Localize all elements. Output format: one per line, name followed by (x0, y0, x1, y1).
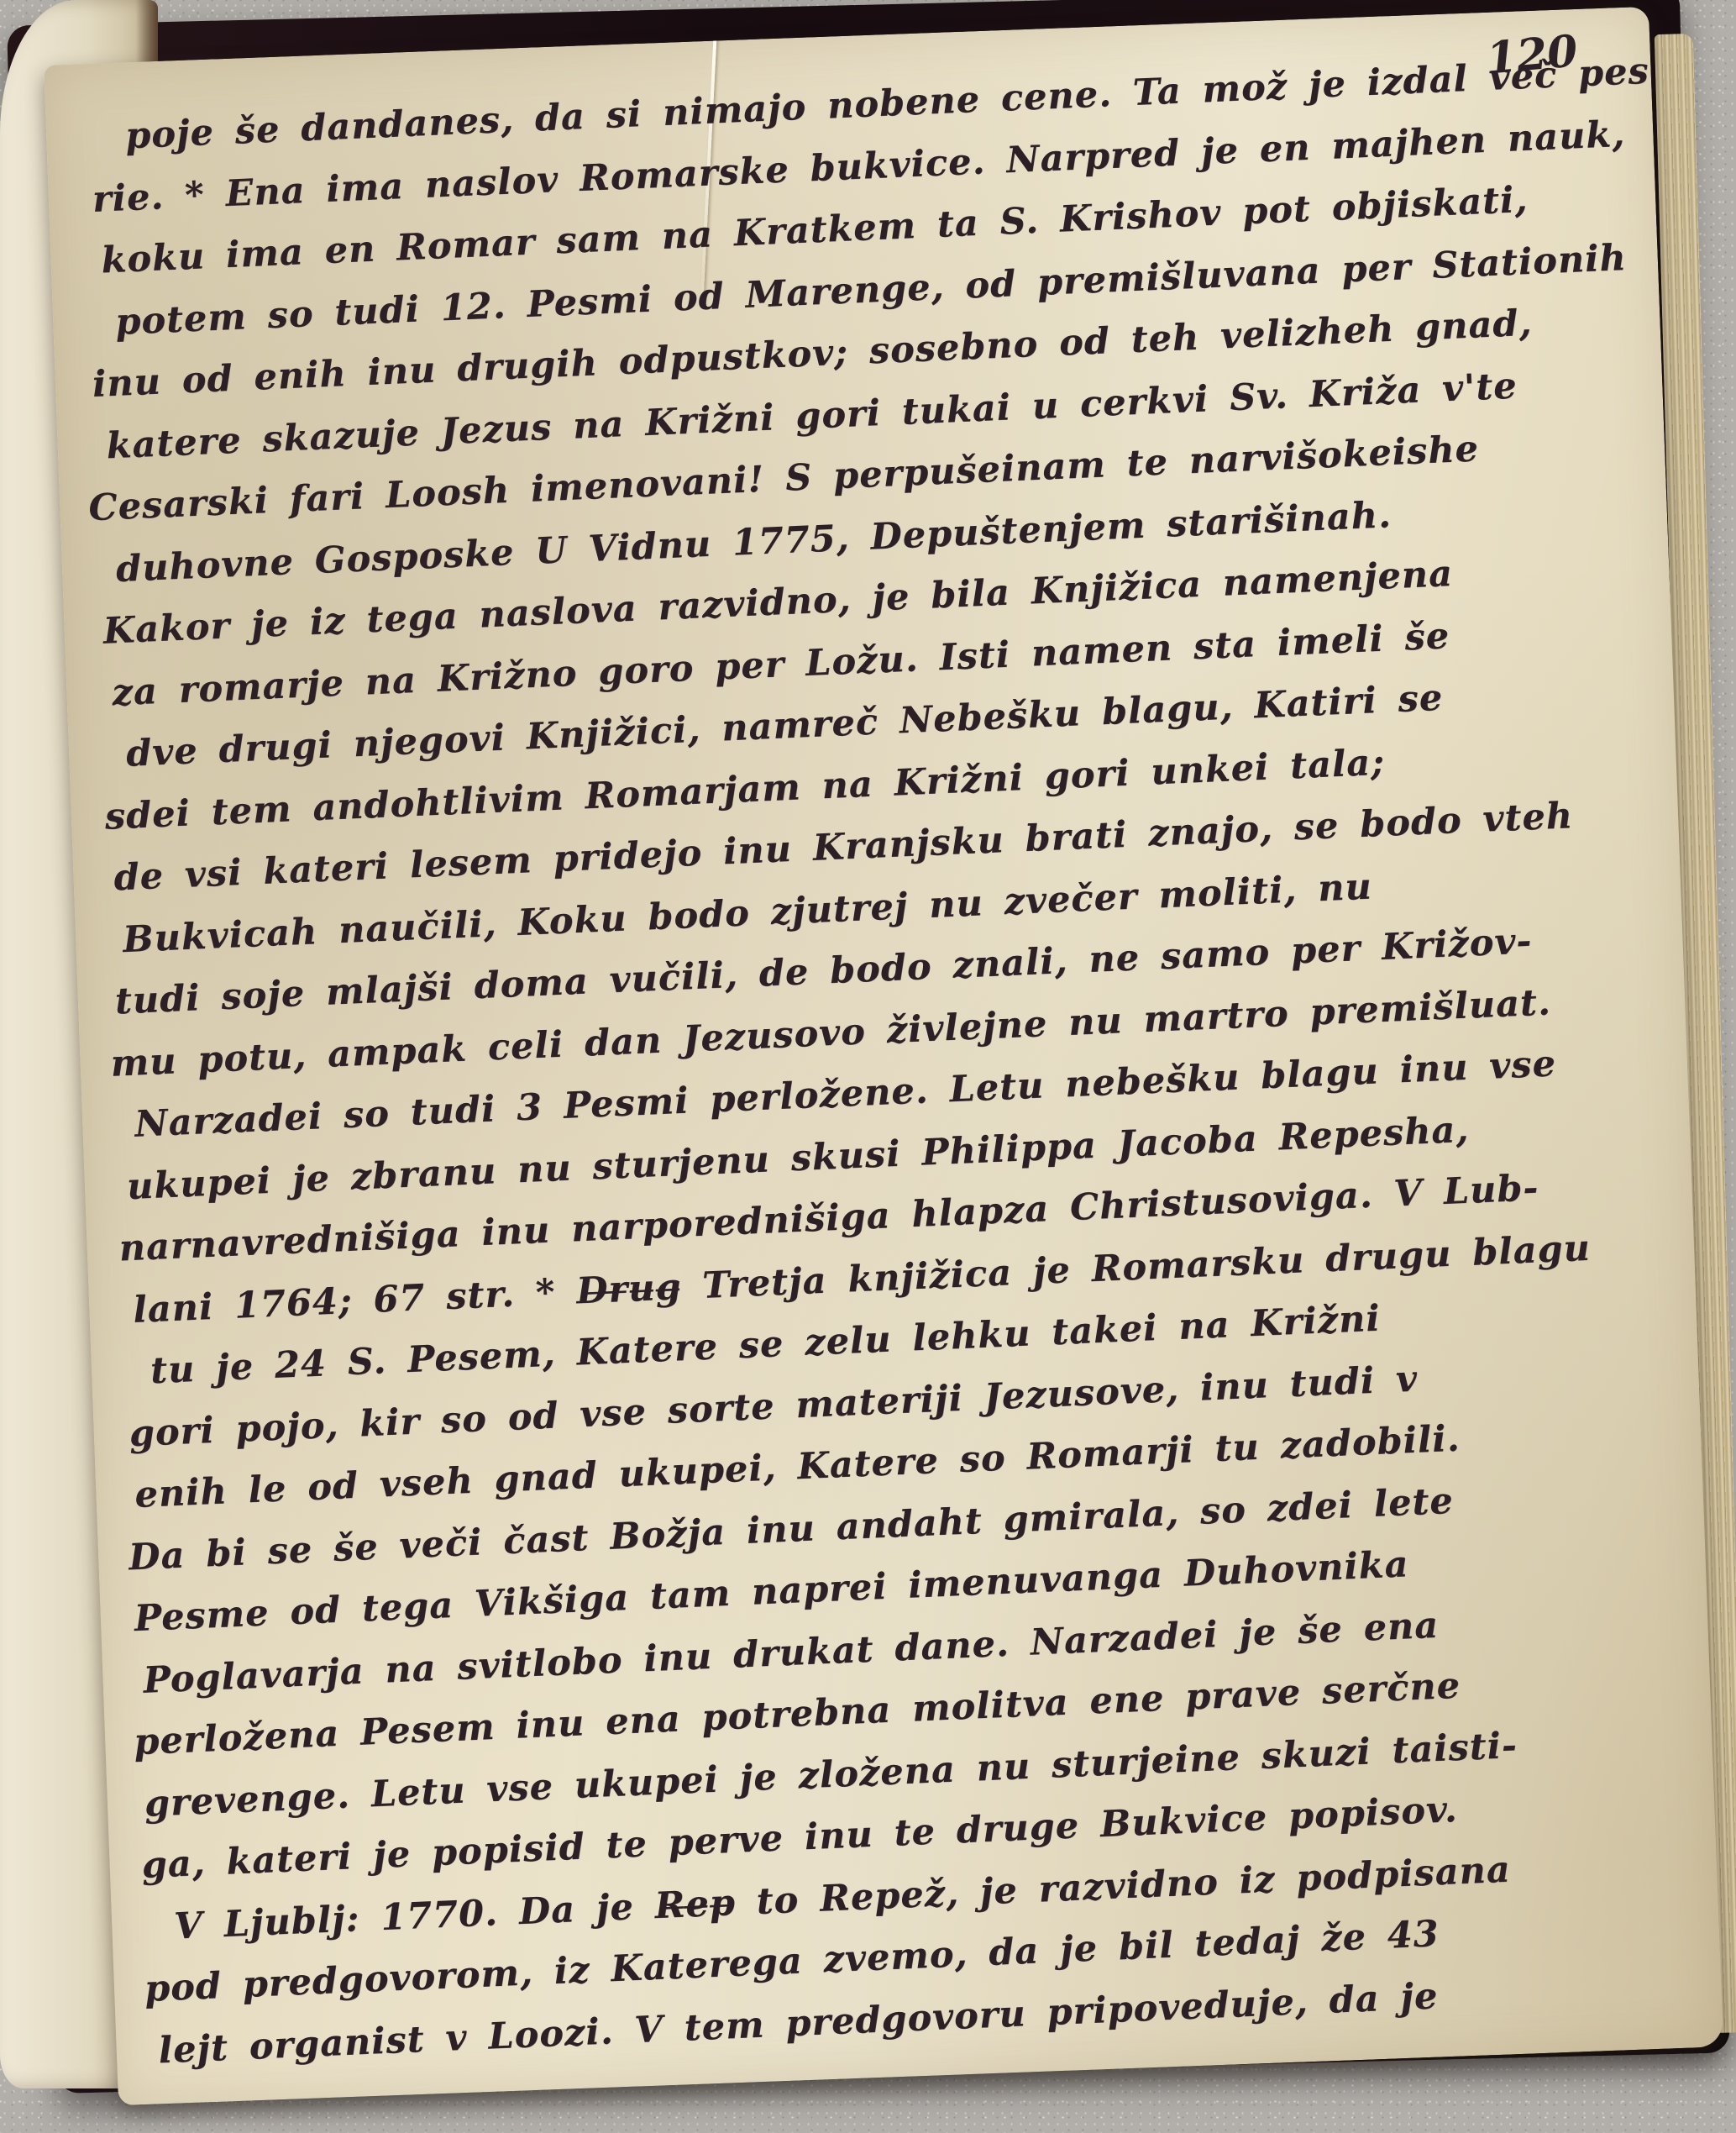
handwritten-text: poje še dandanes, da si nimajo nobene ce… (74, 50, 1716, 2083)
manuscript-page: 120 poje še dandanes, da si nimajo noben… (44, 7, 1723, 2105)
photograph-of-manuscript: { "document": { "page_number": "120", "i… (0, 0, 1736, 2133)
